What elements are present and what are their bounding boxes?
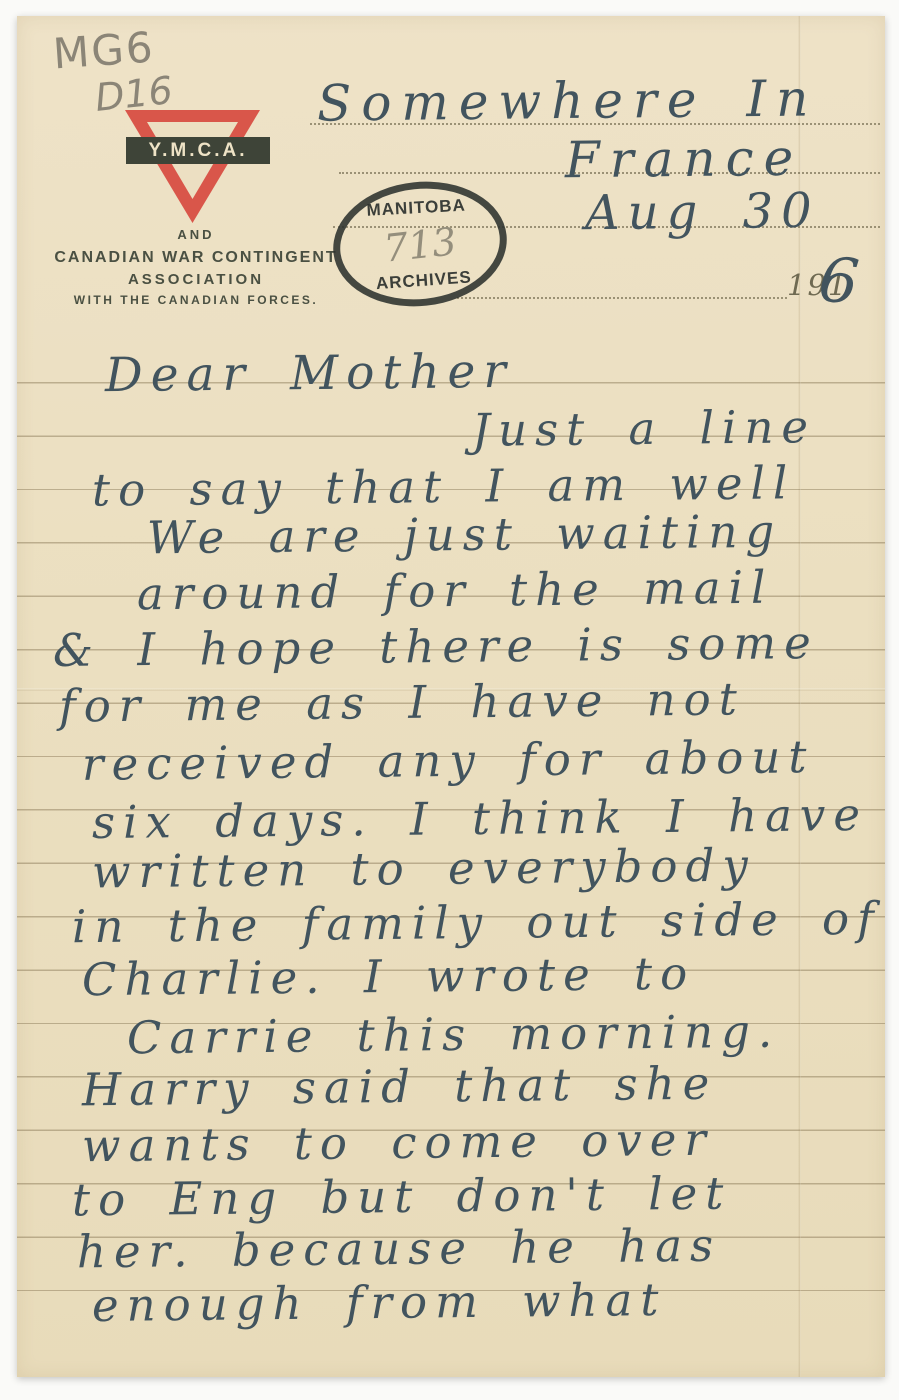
handwriting-line: around for the mail <box>137 565 774 617</box>
handwriting-line: Carrie this morning. <box>127 1009 781 1061</box>
salutation: Dear Mother <box>105 348 514 399</box>
handwriting-line: received any for about <box>82 734 815 787</box>
handwriting-line: in the family out side of <box>72 896 882 949</box>
handwriting-line: We are just waiting <box>147 509 783 561</box>
archive-code-line1: MG6 <box>51 23 156 79</box>
archives-stamp: MANITOBA 713 ARCHIVES <box>327 173 513 315</box>
handwriting-line: Charlie. I wrote to <box>82 951 696 1002</box>
letterhead-org-line3: WITH THE CANADIAN FORCES. <box>31 293 361 307</box>
handwriting-line: Harry said that she <box>82 1061 718 1113</box>
handwriting-line: written to everybody <box>92 843 756 895</box>
letterhead-org-line2: ASSOCIATION <box>31 271 361 288</box>
date-writeon-line <box>457 297 787 299</box>
handwriting-line: for me as I have not <box>59 676 745 728</box>
ymca-triangle-icon <box>125 110 260 223</box>
handwritten-place-line2: France <box>565 133 804 185</box>
handwriting-line: six days. I think I have <box>92 792 868 845</box>
letterhead-org-line1: CANADIAN WAR CONTINGENT <box>31 249 361 267</box>
handwritten-date: Aug 30 <box>585 187 820 237</box>
handwriting-line: wants to come over <box>82 1117 714 1169</box>
ymca-banner-label: Y.M.C.A. <box>149 140 248 162</box>
handwriting-line: enough from what <box>92 1277 667 1328</box>
handwriting-line: to Eng but don't let <box>72 1171 732 1223</box>
handwritten-place-line1: Somewhere In <box>317 73 819 128</box>
handwriting-line: Just a line <box>472 404 816 453</box>
handwritten-year-digit: 6 <box>816 248 862 314</box>
letterhead-and: AND <box>31 227 361 242</box>
ymca-banner: Y.M.C.A. <box>126 137 270 164</box>
handwriting-line: her. because he has <box>77 1223 722 1275</box>
letter-page: MG6 D16 Y.M.C.A. AND CANADIAN WAR CONTIN… <box>17 16 885 1377</box>
handwriting-line: & I hope there is some <box>53 620 819 673</box>
